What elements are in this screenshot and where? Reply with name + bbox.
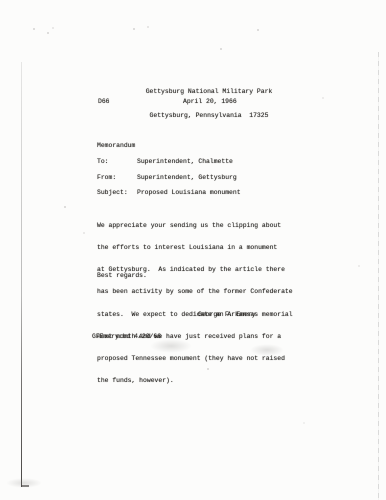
to-value: Superintendent, Chalmette: [137, 158, 233, 165]
subject-label: Subject:: [97, 189, 128, 196]
scan-right-edge-line: [378, 52, 379, 500]
date: April 20, 1966: [183, 98, 237, 105]
subject-value: Proposed Louisiana monument: [137, 189, 241, 196]
scan-speck: [322, 97, 324, 99]
scan-speck: [257, 29, 259, 31]
scan-speck: [133, 28, 135, 30]
scan-speck: [358, 265, 360, 267]
scan-speck: [47, 32, 49, 34]
scan-speck: [33, 28, 35, 30]
memo-body: We appreciate your sending us the clippi…: [97, 207, 293, 400]
org-address: Gettysburg, Pennsylvania 17325: [96, 112, 322, 120]
org-name: Gettysburg National Military Park: [96, 88, 322, 96]
body-line: has been activity by some of the former …: [97, 288, 293, 295]
body-line: states. We expect to dedicate an Arkansa…: [97, 311, 293, 318]
scan-speck: [220, 48, 222, 50]
body-line: the efforts to interest Louisiana in a m…: [97, 244, 293, 251]
scan-speck: [147, 26, 149, 28]
body-line: the funds, however).: [97, 377, 293, 384]
closing-salutation: Best regards.: [97, 272, 147, 279]
scan-speck: [64, 206, 66, 208]
scan-speck: [52, 27, 54, 29]
body-line: We appreciate your sending us the clippi…: [97, 222, 293, 229]
from-value: Superintendent, Gettysburg: [137, 174, 237, 181]
scan-speck: [83, 232, 85, 234]
body-line: proposed Tennessee monument (they have n…: [97, 355, 293, 362]
scan-left-edge-line: [21, 62, 22, 487]
document-page: Gettysburg National Military Park Gettys…: [0, 0, 386, 500]
from-label: From:: [97, 174, 116, 181]
typist-initials-line: GFEmery:bd 4/20/66: [92, 333, 161, 340]
scan-speck: [303, 422, 305, 424]
memo-title: Memorandum: [97, 142, 135, 149]
scan-smudge: [6, 478, 42, 488]
signature-name: George F. Emery: [198, 311, 256, 318]
file-code: D66: [98, 98, 110, 105]
to-label: To:: [97, 158, 109, 165]
